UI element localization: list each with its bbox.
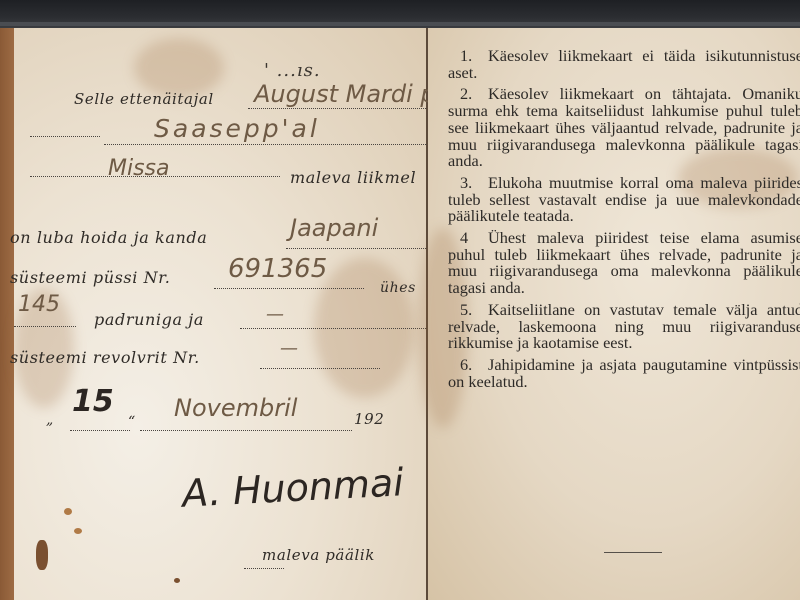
commander-signature: A. Huonmai	[181, 460, 405, 516]
rule-item: 4Ühest maleva piiridest teise elama asum…	[448, 230, 800, 297]
fill-line	[104, 144, 426, 145]
rule-item: 1.Käesolev liikmekaart ei täida isikutun…	[448, 48, 800, 81]
printed-label-revolver: süsteemi revolvrit Nr.	[10, 348, 200, 367]
end-rule-divider	[604, 552, 662, 553]
date-open-quote: „	[46, 412, 54, 428]
handwritten-surname: Saasepp'al	[154, 114, 320, 143]
date-close-quote: “	[128, 414, 136, 430]
handwritten-date-month: Novembril	[174, 394, 297, 422]
rule-item: 6.Jahipidamine ja asjata paugutamine vin…	[448, 357, 800, 390]
fill-line	[14, 326, 76, 327]
rule-item: 5.Kaitseliitlane on vastutav temale välj…	[448, 302, 800, 352]
fill-line	[140, 430, 352, 431]
rule-text: Käesolev liikmekaart ei täida isikutunni…	[448, 46, 800, 82]
printed-label-permission: on luba hoida ja kanda	[10, 228, 207, 247]
handwritten-rifle-number: 691365	[228, 254, 327, 284]
fill-line	[240, 328, 426, 329]
rule-text: Ühest maleva piiridest teise elama asumi…	[448, 228, 800, 297]
rules-list: 1.Käesolev liikmekaart ei täida isikutun…	[448, 48, 800, 395]
handwritten-name: August Mardi p	[254, 80, 436, 108]
rule-item: 2.Käesolev liikmekaart on tähtajata. Oma…	[448, 86, 800, 170]
card-number-fragment: ' ...ıs.	[264, 60, 321, 81]
rule-text: Kaitseliitlane on vastutav temale välja …	[448, 300, 800, 352]
handwritten-system: Jaapani	[290, 214, 378, 242]
rule-text: Jahipidamine ja asjata paugutamine vintp…	[448, 355, 800, 391]
fill-line	[260, 368, 380, 369]
ink-spot	[74, 528, 82, 534]
fill-line	[70, 430, 130, 431]
handwritten-cartridge-count: 145	[18, 292, 60, 317]
handwritten-maleva: Missa	[108, 156, 170, 181]
fill-line	[214, 288, 364, 289]
fill-line	[30, 136, 100, 137]
printed-label-bearer: Selle ettenäitajal	[74, 90, 214, 108]
rule-text: Elukoha muutmise korral oma maleva piiri…	[448, 173, 800, 225]
frame-highlight	[0, 22, 800, 26]
fill-line	[244, 568, 284, 569]
printed-label-member: maleva liikmel	[290, 168, 416, 187]
fill-line	[248, 108, 426, 109]
printed-year-prefix: 192	[354, 410, 384, 428]
ink-spot	[174, 578, 180, 583]
rule-text: Käesolev liikmekaart on tähtajata. Omani…	[448, 84, 800, 170]
handwritten-dash: —	[280, 338, 298, 359]
ink-spot	[64, 508, 72, 515]
fill-line	[286, 248, 426, 249]
rule-item: 3.Elukoha muutmise korral oma maleva pii…	[448, 175, 800, 225]
stain	[134, 38, 224, 98]
ink-spot	[36, 540, 48, 570]
printed-label-commander: maleva päälik	[262, 546, 375, 564]
printed-label-rifle: süsteemi püssi Nr.	[10, 268, 170, 287]
handwritten-date-day: 15	[72, 384, 114, 419]
membership-card-left-page: ' ...ıs. Selle ettenäitajal August Mardi…	[14, 28, 428, 600]
printed-label-with: ühes	[380, 280, 416, 296]
handwritten-dash: —	[266, 304, 284, 325]
printed-label-cartridges: padruniga ja	[94, 310, 204, 329]
